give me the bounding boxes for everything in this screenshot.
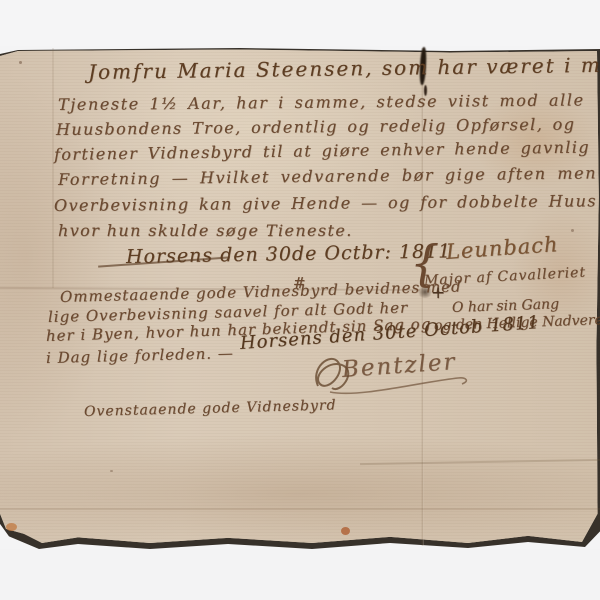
scan-background-bottom bbox=[0, 549, 600, 600]
scan-background-top bbox=[0, 0, 600, 46]
handwritten-line: hvor hun skulde søge Tieneste. bbox=[58, 221, 353, 240]
screenshot-root: { "photo": { "background_color": "#f4f4f… bbox=[0, 0, 600, 600]
cross-mark: + bbox=[431, 283, 445, 303]
